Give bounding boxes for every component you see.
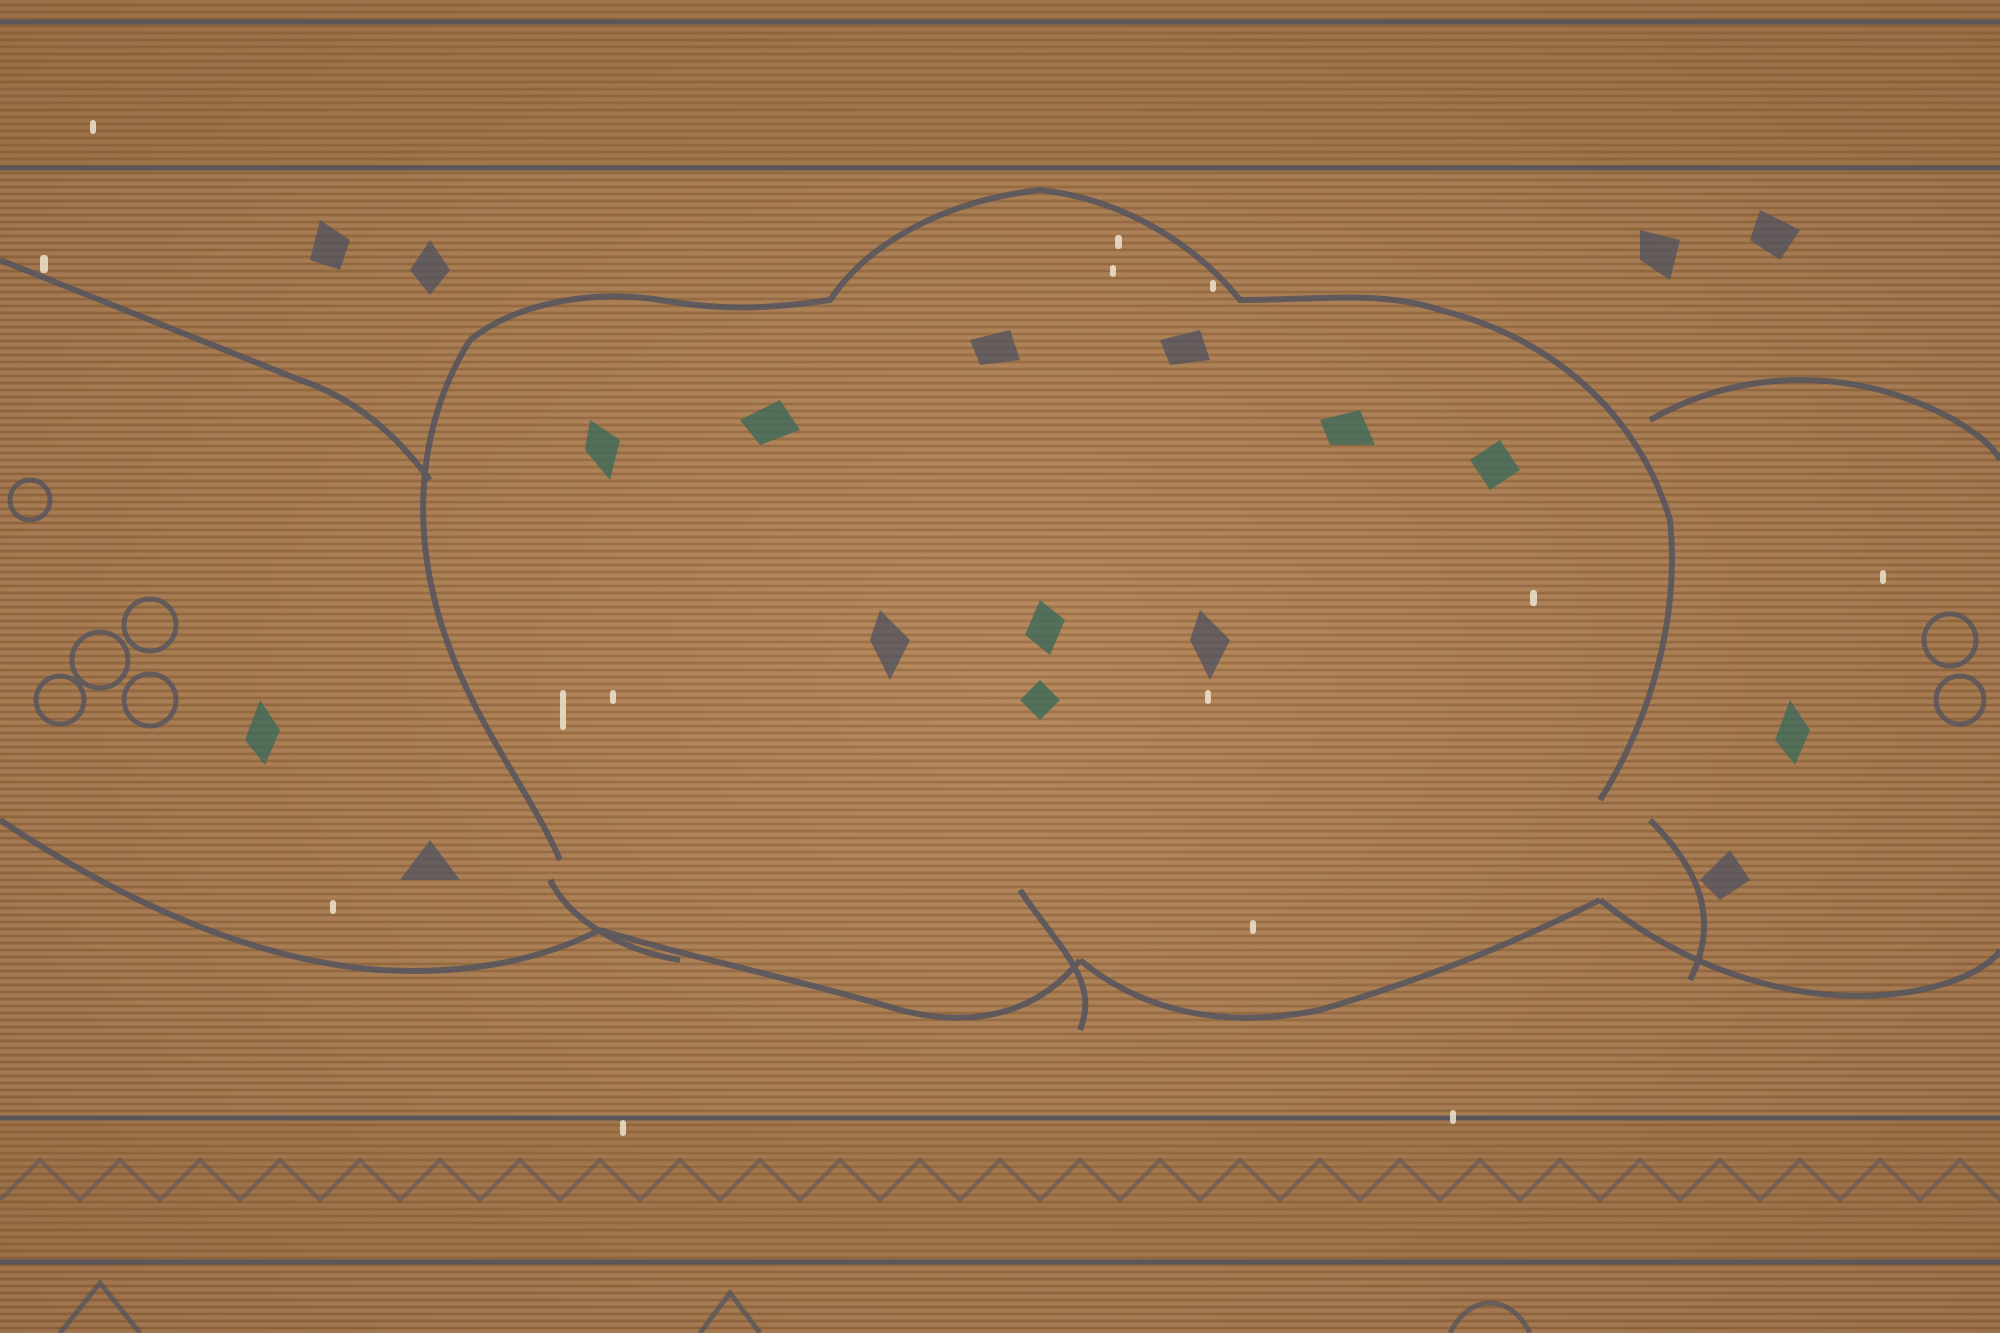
rug-photo: Worn tan and brown rug with dark blue-gr…	[0, 0, 2000, 1333]
rug-texture-illustration	[0, 0, 2000, 1333]
bottom-guard-band	[0, 1118, 2000, 1263]
top-guard-band	[0, 0, 2000, 165]
